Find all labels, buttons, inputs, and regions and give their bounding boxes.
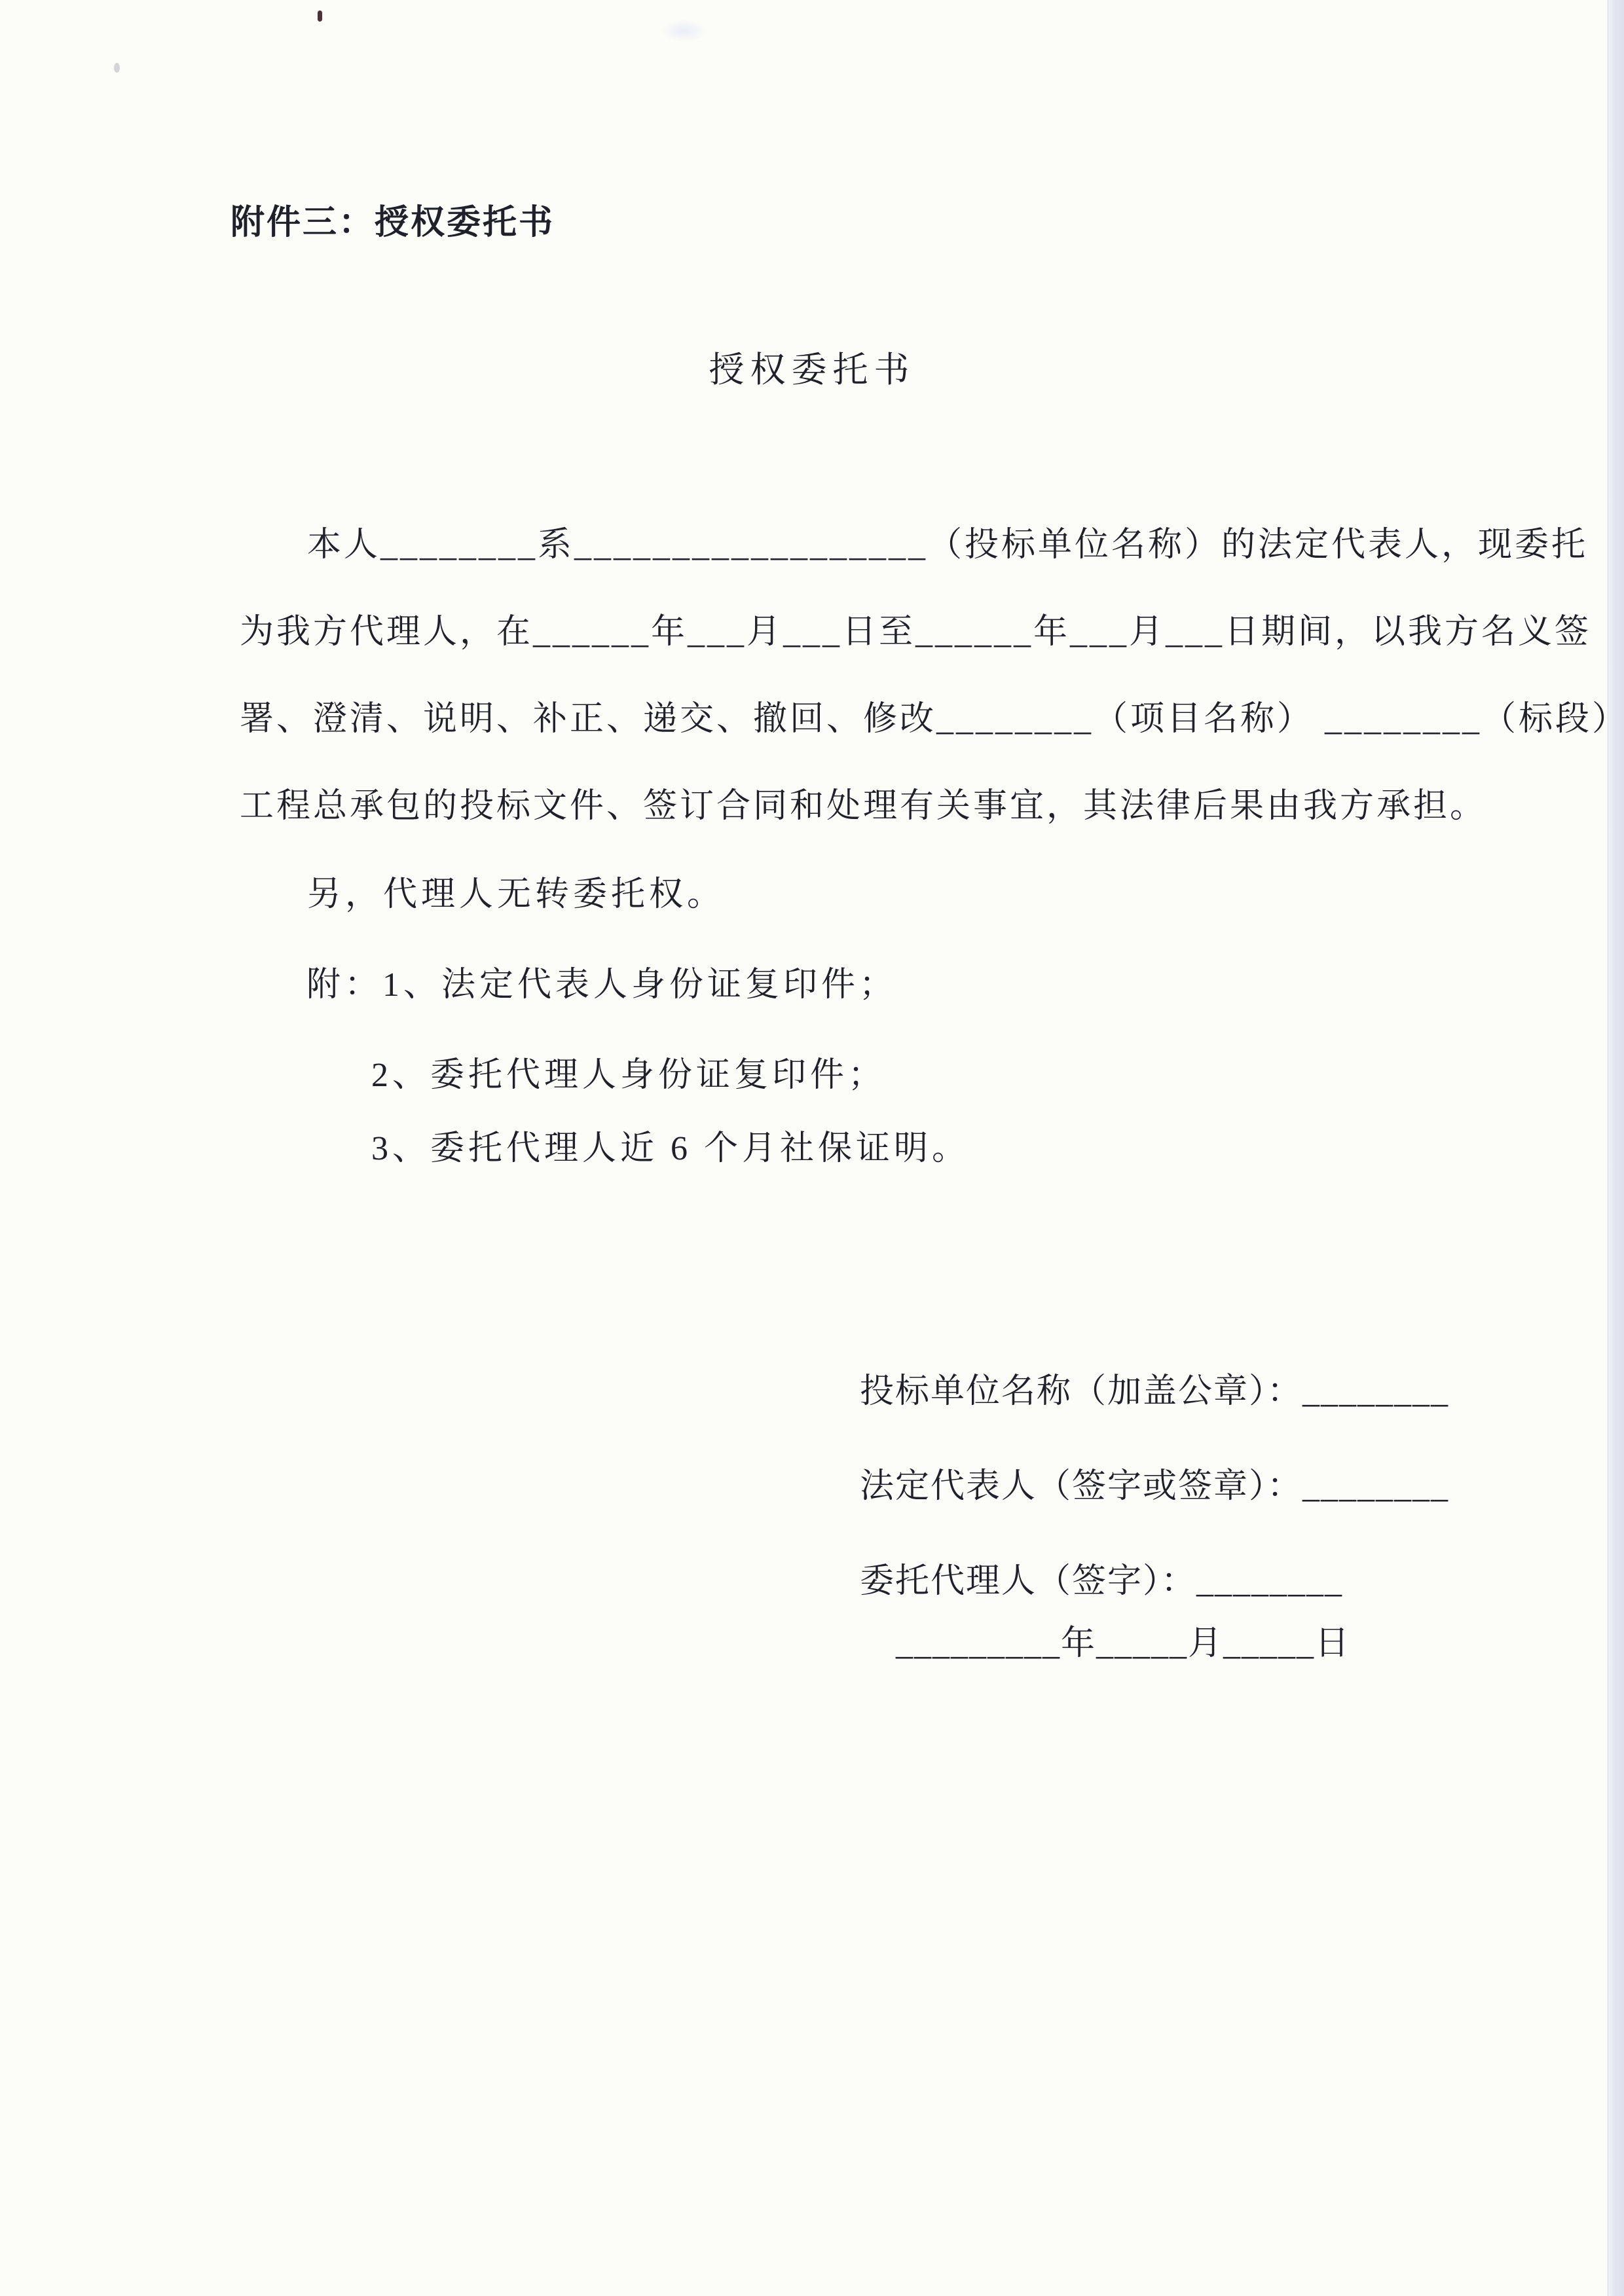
scanner-edge-artifact	[1608, 0, 1624, 2296]
scanned-document-page: 附件三：授权委托书 授权委托书 本人________系_____________…	[0, 0, 1624, 2296]
paragraph2-no-subdelegation: 另，代理人无转委托权。	[307, 873, 725, 916]
attachment-header: 附件三：授权委托书	[231, 202, 555, 244]
scan-speck	[114, 63, 120, 73]
attachment-list-item-3: 3、委托代理人近 6 个月社保证明。	[371, 1127, 970, 1170]
signature-authorized-agent-line: 委托代理人（签字）：________	[860, 1560, 1343, 1603]
attachment-list-item-2: 2、委托代理人身份证复印件；	[371, 1054, 886, 1097]
signature-date-line: _________年_____月_____日	[896, 1622, 1350, 1665]
attachment-item-1-text: 1、法定代表人身份证复印件；	[382, 966, 897, 1004]
signature-bidder-name-line: 投标单位名称（加盖公章）：________	[860, 1370, 1449, 1413]
scan-smudge	[661, 20, 707, 42]
signature-legal-representative-line: 法定代表人（签字或签章）：________	[860, 1465, 1449, 1508]
document-title: 授权委托书	[0, 348, 1624, 393]
attachment-list-lead: 附：	[306, 966, 382, 1004]
paragraph1-line-1: 本人________系__________________（投标单位名称）的法定…	[307, 524, 1588, 566]
paragraph1-line-3: 署、澄清、说明、补正、递交、撤回、修改________（项目名称） ______…	[240, 698, 1624, 740]
attachment-list-item-1: 附：1、法定代表人身份证复印件；	[306, 964, 897, 1006]
paragraph1-line-4: 工程总承包的投标文件、签订合同和处理有关事宜，其法律后果由我方承担。	[240, 785, 1486, 828]
paragraph1-line-2: 为我方代理人，在______年___月___日至______年___月___日期…	[240, 611, 1591, 653]
scan-speck	[318, 10, 322, 22]
